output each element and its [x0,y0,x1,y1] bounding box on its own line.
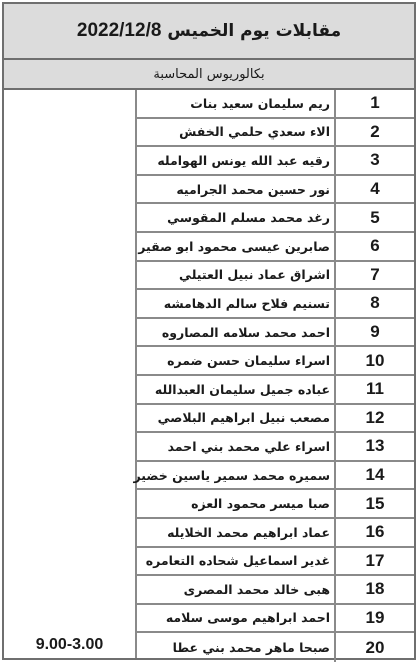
interview-schedule-table: مقابلات يوم الخميس 2022/12/8 بكالوريوس ا… [2,2,416,660]
time-column: 9.00-3.00 [4,90,137,658]
table-row: 18هبى خالد محمد المصرى [137,576,414,605]
subtitle-row: بكالوريوس المحاسبة [4,60,414,90]
program-name: بكالوريوس المحاسبة [153,67,264,82]
table-row: 17غدير اسماعيل شحاده التعامره [137,548,414,577]
row-number: 16 [334,519,414,546]
candidate-name: صابرين عيسى محمود ابو صقير [137,233,334,260]
candidate-name: اسراء سليمان حسن ضمره [137,347,334,374]
table-row: 7اشراق عماد نبيل العتيلي [137,262,414,291]
title-date: 2022/12/8 [77,20,162,42]
table-row: 15صبا ميسر محمود العزه [137,490,414,519]
table-row: 6صابرين عيسى محمود ابو صقير [137,233,414,262]
row-number: 2 [334,119,414,146]
table-row: 12مصعب نبيل ابراهيم البلاصي [137,405,414,434]
candidate-name: احمد محمد سلامه المصاروه [137,319,334,346]
candidate-name: صبا ميسر محمود العزه [137,490,334,517]
row-number: 3 [334,147,414,174]
table-row: 20صبحا ماهر محمد بني عطا [137,633,414,662]
row-number: 20 [334,633,414,662]
table-row: 16عماد ابراهيم محمد الخلايله [137,519,414,548]
candidate-name: تسنيم فلاح سالم الدهامشه [137,290,334,317]
candidate-name: رغد محمد مسلم المقوسي [137,204,334,231]
row-number: 10 [334,347,414,374]
table-row: 2الاء سعدي حلمي الخفش [137,119,414,148]
table-row: 13اسراء علي محمد بني احمد [137,433,414,462]
row-number: 15 [334,490,414,517]
table-row: 9احمد محمد سلامه المصاروه [137,319,414,348]
row-number: 5 [334,204,414,231]
row-number: 18 [334,576,414,603]
table-row: 3رقيه عبد الله يونس الهوامله [137,147,414,176]
row-number: 19 [334,605,414,632]
candidate-name: هبى خالد محمد المصرى [137,576,334,603]
title-text: مقابلات يوم الخميس [167,21,341,41]
title-row: مقابلات يوم الخميس 2022/12/8 [4,4,414,60]
candidate-name: اشراق عماد نبيل العتيلي [137,262,334,289]
table-body: 9.00-3.00 1ريم سليمان سعيد بنات2الاء سعد… [4,90,414,658]
row-number: 1 [334,90,414,117]
table-row: 14سميره محمد سمير ياسين خضير [137,462,414,491]
candidate-name: مصعب نبيل ابراهيم البلاصي [137,405,334,432]
row-number: 6 [334,233,414,260]
candidate-name: احمد ابراهيم موسى سلامه [137,605,334,632]
time-slot: 9.00-3.00 [4,636,135,654]
row-number: 7 [334,262,414,289]
candidate-name: سميره محمد سمير ياسين خضير [134,462,334,489]
row-number: 12 [334,405,414,432]
candidate-name: رقيه عبد الله يونس الهوامله [137,147,334,174]
row-number: 11 [334,376,414,403]
table-row: 8تسنيم فلاح سالم الدهامشه [137,290,414,319]
table-row: 5رغد محمد مسلم المقوسي [137,204,414,233]
row-number: 13 [334,433,414,460]
row-number: 9 [334,319,414,346]
candidate-name: صبحا ماهر محمد بني عطا [137,633,334,662]
candidate-rows: 1ريم سليمان سعيد بنات2الاء سعدي حلمي الخ… [137,90,414,658]
table-row: 4نور حسين محمد الجراميه [137,176,414,205]
candidate-name: ريم سليمان سعيد بنات [137,90,334,117]
row-number: 17 [334,548,414,575]
table-row: 11عباده جميل سليمان العبدالله [137,376,414,405]
row-number: 4 [334,176,414,203]
candidate-name: اسراء علي محمد بني احمد [137,433,334,460]
candidate-name: غدير اسماعيل شحاده التعامره [137,548,334,575]
candidate-name: عماد ابراهيم محمد الخلايله [137,519,334,546]
table-row: 10اسراء سليمان حسن ضمره [137,347,414,376]
row-number: 8 [334,290,414,317]
candidate-name: الاء سعدي حلمي الخفش [137,119,334,146]
row-number: 14 [334,462,414,489]
candidate-name: عباده جميل سليمان العبدالله [137,376,334,403]
table-row: 1ريم سليمان سعيد بنات [137,90,414,119]
candidate-name: نور حسين محمد الجراميه [137,176,334,203]
table-row: 19احمد ابراهيم موسى سلامه [137,605,414,634]
